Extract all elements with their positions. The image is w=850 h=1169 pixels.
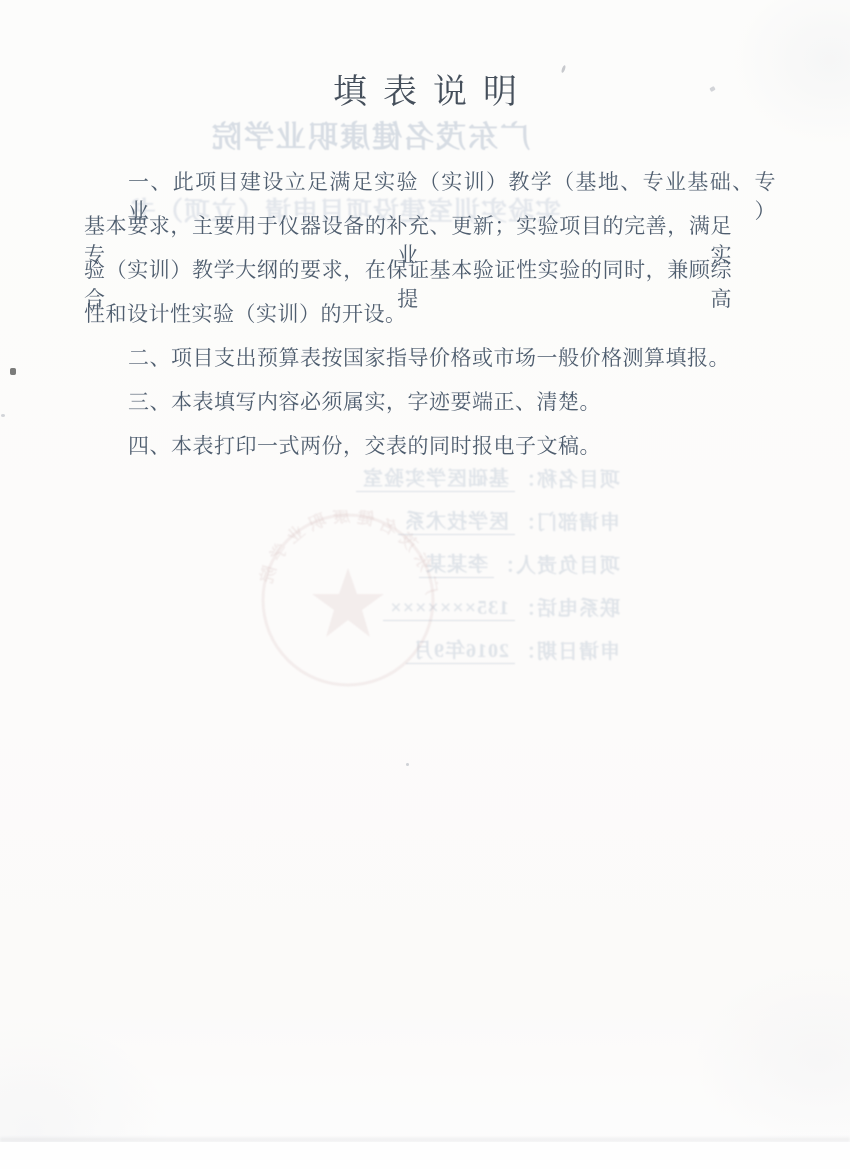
scan-speck <box>546 400 554 408</box>
instruction-line-5: 二、项目支出预算表按国家指导价格或市场一般价格测算填报。 <box>84 344 776 373</box>
instruction-line-2: 基本要求，主要用于仪器设备的补充、更新；实验项目的完善，满足专业实 <box>84 212 732 241</box>
official-seal-bleedthrough-icon: 广东茂名健康职业学院 <box>258 510 438 690</box>
page-title: 填表说明 <box>0 64 850 113</box>
scan-speck <box>406 763 409 766</box>
instruction-line-1: 一、此项目建设立足满足实验（实训）教学（基地、专业基础、专业） <box>84 168 776 197</box>
scan-speck <box>1 414 5 417</box>
scan-speck <box>10 368 16 375</box>
bleedthrough-row-project-name: 项目名称：基础医学实验室 <box>308 466 620 492</box>
bleedthrough-label: 项目负责人： <box>494 554 620 578</box>
instruction-line-6: 三、本表填写内容必须属实，字迹要端正、清楚。 <box>84 388 776 417</box>
bleedthrough-college-name: 广东茂名健康职业学院 <box>205 112 535 156</box>
scanner-background <box>0 1142 850 1169</box>
scanned-page: 广东茂名健康职业学院 实验实训室建设项目申请（立项）书 项目名称：基础医学实验室… <box>0 0 850 1169</box>
instruction-line-4: 性和设计性实验（实训）的开设。 <box>84 300 732 329</box>
bleedthrough-label: 项目名称： <box>515 468 620 492</box>
bleedthrough-label: 联系电话： <box>515 597 620 621</box>
bleedthrough-label: 申请日期： <box>515 640 620 664</box>
bleedthrough-value: 基础医学实验室 <box>356 467 515 492</box>
instruction-line-3: 验（实训）教学大纲的要求，在保证基本验证性实验的同时，兼顾综合提高 <box>84 256 732 285</box>
bleedthrough-label: 申请部门： <box>515 511 620 535</box>
instruction-line-7: 四、本表打印一式两份，交表的同时报电子文稿。 <box>84 432 776 461</box>
